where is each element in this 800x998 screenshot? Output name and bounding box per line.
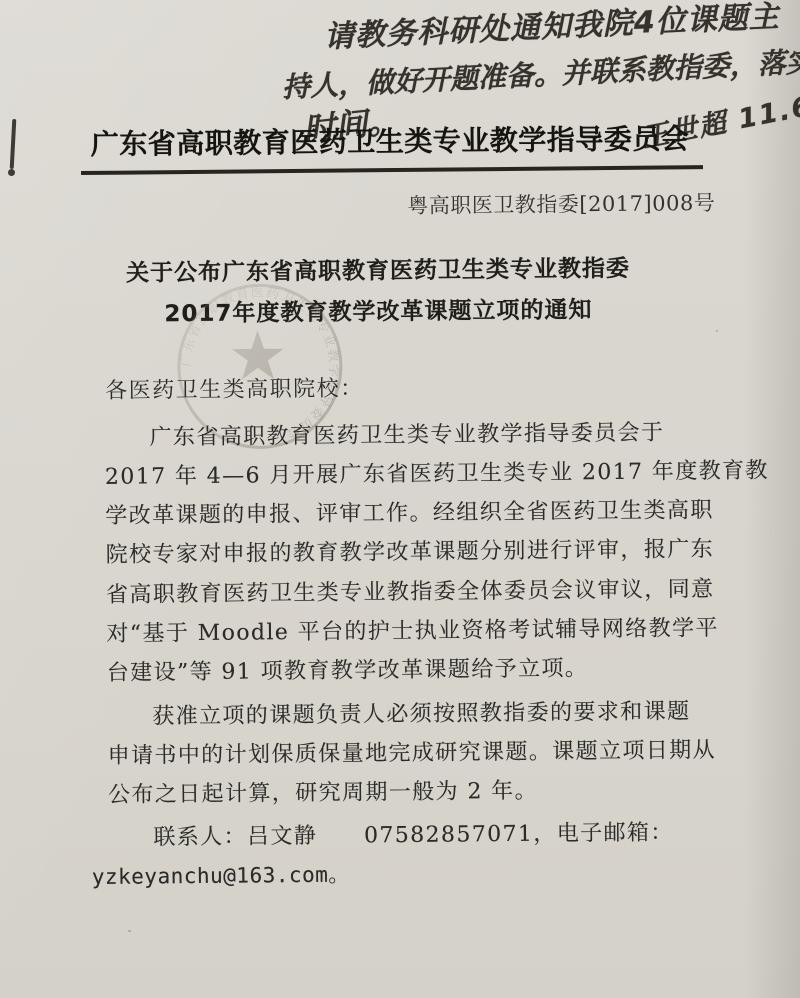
contact-email: yzkeyanchu@163.com。 (92, 855, 732, 891)
document-title-line2: 2017年度教育教学改革课题立项的通知 (38, 289, 718, 337)
paper-speck (716, 330, 718, 332)
paper-speck (610, 755, 612, 757)
body-line: 公布之日起计算，研究周期一般为 2 年。 (108, 772, 748, 809)
contact-line: 联系人：吕文静 07582857071，电子邮箱： (108, 814, 793, 852)
document-title-line1: 关于公布广东省高职教育医药卫生类专业教指委 (38, 248, 718, 296)
body-line: 广东省高职教育医药卫生类专业教学指导委员会于 (104, 414, 789, 452)
body-line: 省高职教育医药卫生类专业教指委全体委员会议审议，同意 (106, 572, 746, 609)
header-divider-rule (81, 165, 703, 175)
document-title: 关于公布广东省高职教育医药卫生类专业教指委 2017年度教育教学改革课题立项的通… (38, 248, 719, 337)
body-line: 获准立项的课题负责人必须按照教指委的要求和课题 (107, 693, 792, 731)
document-number: 粤高职医卫教指委[2017]008号 (407, 187, 715, 220)
paper-speck (128, 930, 131, 932)
issuing-organization-header: 广东省高职教育医药卫生类专业教学指导委员会 (91, 117, 751, 163)
printed-content: 广东省高职教育医药卫生类专业教学指导委员会 粤高职医卫教指委[2017]008号… (0, 0, 800, 998)
body-line: 台建设”等 91 项教育教学改革课题给予立项。 (107, 650, 747, 687)
scanned-document-page: 请教务科研处通知我院4位课题主 持人，做好开题准备。并联系教指委，落实开题 时间… (0, 0, 800, 998)
salutation: 各医药卫生类高职院校： (105, 371, 364, 404)
body-line: 学改革课题的申报、评审工作。经组织全省医药卫生类高职 (105, 493, 745, 530)
paper-speck (745, 470, 747, 472)
body-line: 对“基于 Moodle 平台的护士执业资格考试辅导网络教学平 (106, 611, 746, 648)
body-line: 2017 年 4—6 月开展广东省医药卫生类专业 2017 年度教育教 (105, 454, 745, 491)
body-line: 申请书中的计划保质保量地完成研究课题。课题立项日期从 (107, 733, 747, 770)
body-line: 院校专家对申报的教育教学改革课题分别进行评审，报广东 (106, 532, 746, 569)
